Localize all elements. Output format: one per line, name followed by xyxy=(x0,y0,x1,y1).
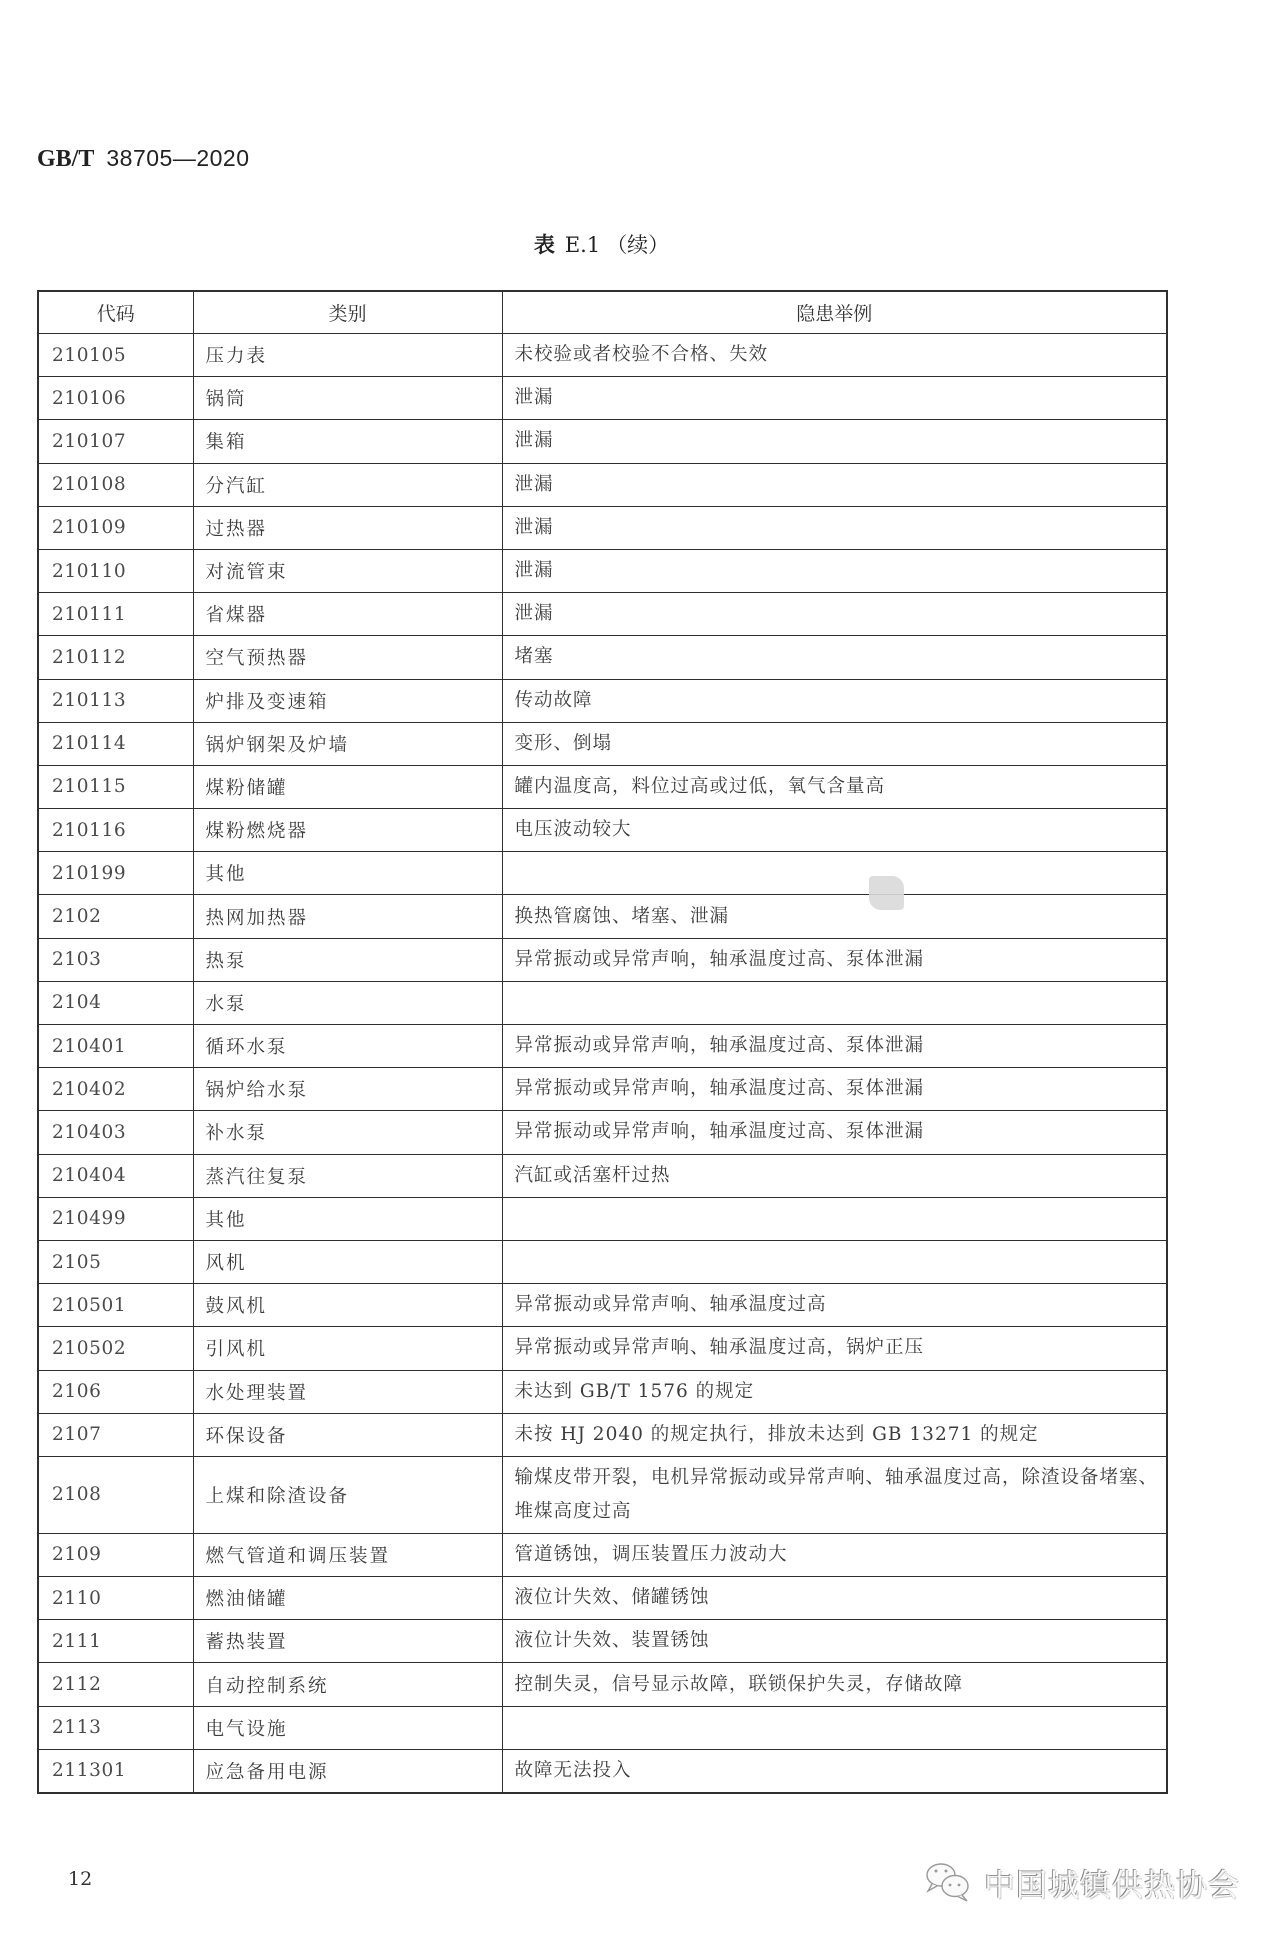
row-example: 传动故障 xyxy=(502,679,1167,722)
row-code: 2109 xyxy=(38,1533,193,1576)
row-category: 过热器 xyxy=(193,506,502,549)
row-category: 对流管束 xyxy=(193,549,502,592)
row-category: 环保设备 xyxy=(193,1413,502,1456)
row-code: 2102 xyxy=(38,895,193,938)
row-code: 210108 xyxy=(38,463,193,506)
row-code: 210109 xyxy=(38,506,193,549)
row-category: 风机 xyxy=(193,1240,502,1283)
row-example xyxy=(502,852,1167,895)
row-code: 210499 xyxy=(38,1197,193,1240)
table-row: 210499其他 xyxy=(38,1197,1167,1240)
row-code: 210112 xyxy=(38,636,193,679)
row-category: 煤粉燃烧器 xyxy=(193,809,502,852)
table-row: 210110对流管束泄漏 xyxy=(38,549,1167,592)
row-category: 热泵 xyxy=(193,938,502,981)
row-category: 上煤和除渣设备 xyxy=(193,1456,502,1533)
row-category: 省煤器 xyxy=(193,593,502,636)
row-example: 泄漏 xyxy=(502,593,1167,636)
standard-header: GB/T38705—2020 xyxy=(37,144,249,174)
table-row: 210199其他 xyxy=(38,852,1167,895)
table-row: 2106水处理装置未达到 GB/T 1576 的规定 xyxy=(38,1370,1167,1413)
table-row: 2105风机 xyxy=(38,1240,1167,1283)
row-example: 控制失灵，信号显示故障，联锁保护失灵，存储故障 xyxy=(502,1663,1167,1706)
row-category: 电气设施 xyxy=(193,1706,502,1749)
row-code: 210106 xyxy=(38,377,193,420)
table-row: 210105压力表未校验或者校验不合格、失效 xyxy=(38,334,1167,377)
table-row: 210404蒸汽往复泵汽缸或活塞杆过热 xyxy=(38,1154,1167,1197)
row-category: 煤粉储罐 xyxy=(193,765,502,808)
row-code: 2107 xyxy=(38,1413,193,1456)
table-row: 210106锅筒泄漏 xyxy=(38,377,1167,420)
row-code: 210116 xyxy=(38,809,193,852)
row-category: 炉排及变速箱 xyxy=(193,679,502,722)
row-example: 堵塞 xyxy=(502,636,1167,679)
row-example: 输煤皮带开裂，电机异常振动或异常声响、轴承温度过高，除渣设备堵塞、堆煤高度过高 xyxy=(502,1456,1167,1533)
row-example: 异常振动或异常声响、轴承温度过高 xyxy=(502,1284,1167,1327)
row-code: 210199 xyxy=(38,852,193,895)
row-example: 异常振动或异常声响，轴承温度过高、泵体泄漏 xyxy=(502,938,1167,981)
row-code: 2110 xyxy=(38,1577,193,1620)
row-category: 锅炉给水泵 xyxy=(193,1068,502,1111)
row-code: 210501 xyxy=(38,1284,193,1327)
row-example: 异常振动或异常声响，轴承温度过高、泵体泄漏 xyxy=(502,1025,1167,1068)
row-category: 水泵 xyxy=(193,981,502,1024)
row-category: 引风机 xyxy=(193,1327,502,1370)
row-category: 锅炉钢架及炉墙 xyxy=(193,722,502,765)
watermark-text: 中国城镇供热协会 xyxy=(984,1860,1240,1905)
standard-number: 38705—2020 xyxy=(106,145,249,171)
table-row: 2111蓄热装置液位计失效、装置锈蚀 xyxy=(38,1620,1167,1663)
table-title-continued: （续） xyxy=(606,233,669,257)
row-example: 管道锈蚀，调压装置压力波动大 xyxy=(502,1533,1167,1576)
row-example xyxy=(502,1706,1167,1749)
row-example: 换热管腐蚀、堵塞、泄漏 xyxy=(502,895,1167,938)
row-code: 210113 xyxy=(38,679,193,722)
row-category: 鼓风机 xyxy=(193,1284,502,1327)
table-row: 210111省煤器泄漏 xyxy=(38,593,1167,636)
table-row: 2110燃油储罐液位计失效、储罐锈蚀 xyxy=(38,1577,1167,1620)
row-category: 锅筒 xyxy=(193,377,502,420)
table-title-label: 表 xyxy=(534,232,555,257)
row-category: 蒸汽往复泵 xyxy=(193,1154,502,1197)
table-row: 210116煤粉燃烧器电压波动较大 xyxy=(38,809,1167,852)
row-code: 210107 xyxy=(38,420,193,463)
row-example: 未达到 GB/T 1576 的规定 xyxy=(502,1370,1167,1413)
row-code: 2112 xyxy=(38,1663,193,1706)
row-code: 210114 xyxy=(38,722,193,765)
table-row: 211301应急备用电源故障无法投入 xyxy=(38,1749,1167,1793)
table-row: 2107环保设备未按 HJ 2040 的规定执行，排放未达到 GB 13271 … xyxy=(38,1413,1167,1456)
row-example xyxy=(502,1197,1167,1240)
row-category: 分汽缸 xyxy=(193,463,502,506)
row-category: 循环水泵 xyxy=(193,1025,502,1068)
row-code: 2113 xyxy=(38,1706,193,1749)
table-row: 210113炉排及变速箱传动故障 xyxy=(38,679,1167,722)
table-row: 210112空气预热器堵塞 xyxy=(38,636,1167,679)
row-code: 210105 xyxy=(38,334,193,377)
table-row: 2108上煤和除渣设备输煤皮带开裂，电机异常振动或异常声响、轴承温度过高，除渣设… xyxy=(38,1456,1167,1533)
column-header-code: 代码 xyxy=(38,291,193,334)
row-example: 泄漏 xyxy=(502,549,1167,592)
row-category: 自动控制系统 xyxy=(193,1663,502,1706)
table-row: 210502引风机异常振动或异常声响、轴承温度过高，锅炉正压 xyxy=(38,1327,1167,1370)
row-example xyxy=(502,981,1167,1024)
row-category: 燃油储罐 xyxy=(193,1577,502,1620)
row-code: 210402 xyxy=(38,1068,193,1111)
table-row: 2102热网加热器换热管腐蚀、堵塞、泄漏 xyxy=(38,895,1167,938)
table-row: 210114锅炉钢架及炉墙变形、倒塌 xyxy=(38,722,1167,765)
table-header-row: 代码 类别 隐患举例 xyxy=(38,291,1167,334)
row-code: 210111 xyxy=(38,593,193,636)
table-row: 2113电气设施 xyxy=(38,1706,1167,1749)
row-category: 空气预热器 xyxy=(193,636,502,679)
row-code: 210110 xyxy=(38,549,193,592)
wechat-icon xyxy=(924,1860,974,1904)
table-row: 210501鼓风机异常振动或异常声响、轴承温度过高 xyxy=(38,1284,1167,1327)
table-row: 210107集箱泄漏 xyxy=(38,420,1167,463)
table-row: 2104水泵 xyxy=(38,981,1167,1024)
table-row: 210108分汽缸泄漏 xyxy=(38,463,1167,506)
row-code: 2106 xyxy=(38,1370,193,1413)
standard-prefix: GB/T xyxy=(37,146,94,172)
row-category: 热网加热器 xyxy=(193,895,502,938)
watermark: 中国城镇供热协会 xyxy=(924,1860,1240,1904)
table-row: 210115煤粉储罐罐内温度高，料位过高或过低，氧气含量高 xyxy=(38,765,1167,808)
row-code: 2105 xyxy=(38,1240,193,1283)
table-row: 210402锅炉给水泵异常振动或异常声响，轴承温度过高、泵体泄漏 xyxy=(38,1068,1167,1111)
row-category: 其他 xyxy=(193,852,502,895)
column-header-example: 隐患举例 xyxy=(502,291,1167,334)
row-code: 210115 xyxy=(38,765,193,808)
row-category: 燃气管道和调压装置 xyxy=(193,1533,502,1576)
row-category: 压力表 xyxy=(193,334,502,377)
table-row: 210403补水泵异常振动或异常声响，轴承温度过高、泵体泄漏 xyxy=(38,1111,1167,1154)
row-category: 蓄热装置 xyxy=(193,1620,502,1663)
row-code: 2108 xyxy=(38,1456,193,1533)
row-example: 汽缸或活塞杆过热 xyxy=(502,1154,1167,1197)
row-category: 应急备用电源 xyxy=(193,1749,502,1793)
row-example: 未校验或者校验不合格、失效 xyxy=(502,334,1167,377)
row-code: 210403 xyxy=(38,1111,193,1154)
page-number: 12 xyxy=(68,1868,92,1890)
row-example: 液位计失效、装置锈蚀 xyxy=(502,1620,1167,1663)
row-example: 泄漏 xyxy=(502,506,1167,549)
row-example: 异常振动或异常声响、轴承温度过高，锅炉正压 xyxy=(502,1327,1167,1370)
table-row: 2103热泵异常振动或异常声响，轴承温度过高、泵体泄漏 xyxy=(38,938,1167,981)
row-code: 2104 xyxy=(38,981,193,1024)
table-title: 表E.1（续） xyxy=(0,231,1203,259)
row-example: 未按 HJ 2040 的规定执行，排放未达到 GB 13271 的规定 xyxy=(502,1413,1167,1456)
row-code: 210502 xyxy=(38,1327,193,1370)
row-code: 2111 xyxy=(38,1620,193,1663)
row-category: 其他 xyxy=(193,1197,502,1240)
row-example: 异常振动或异常声响，轴承温度过高、泵体泄漏 xyxy=(502,1111,1167,1154)
row-code: 2103 xyxy=(38,938,193,981)
row-example: 电压波动较大 xyxy=(502,809,1167,852)
row-example: 液位计失效、储罐锈蚀 xyxy=(502,1577,1167,1620)
row-example: 泄漏 xyxy=(502,420,1167,463)
table-row: 2112自动控制系统控制失灵，信号显示故障，联锁保护失灵，存储故障 xyxy=(38,1663,1167,1706)
row-example: 泄漏 xyxy=(502,463,1167,506)
row-code: 210401 xyxy=(38,1025,193,1068)
row-example xyxy=(502,1240,1167,1283)
row-code: 210404 xyxy=(38,1154,193,1197)
row-example: 泄漏 xyxy=(502,377,1167,420)
row-code: 211301 xyxy=(38,1749,193,1793)
table-row: 210401循环水泵异常振动或异常声响，轴承温度过高、泵体泄漏 xyxy=(38,1025,1167,1068)
row-example: 罐内温度高，料位过高或过低，氧气含量高 xyxy=(502,765,1167,808)
row-category: 水处理装置 xyxy=(193,1370,502,1413)
row-example: 变形、倒塌 xyxy=(502,722,1167,765)
scan-artifact xyxy=(869,876,904,910)
row-category: 集箱 xyxy=(193,420,502,463)
table-title-ref: E.1 xyxy=(565,233,600,257)
table-row: 2109燃气管道和调压装置管道锈蚀，调压装置压力波动大 xyxy=(38,1533,1167,1576)
table-row: 210109过热器泄漏 xyxy=(38,506,1167,549)
row-category: 补水泵 xyxy=(193,1111,502,1154)
row-example: 异常振动或异常声响，轴承温度过高、泵体泄漏 xyxy=(502,1068,1167,1111)
column-header-category: 类别 xyxy=(193,291,502,334)
row-example: 故障无法投入 xyxy=(502,1749,1167,1793)
table-body: 210105压力表未校验或者校验不合格、失效210106锅筒泄漏210107集箱… xyxy=(38,334,1167,1794)
hazard-table: 代码 类别 隐患举例 210105压力表未校验或者校验不合格、失效210106锅… xyxy=(37,290,1168,1794)
